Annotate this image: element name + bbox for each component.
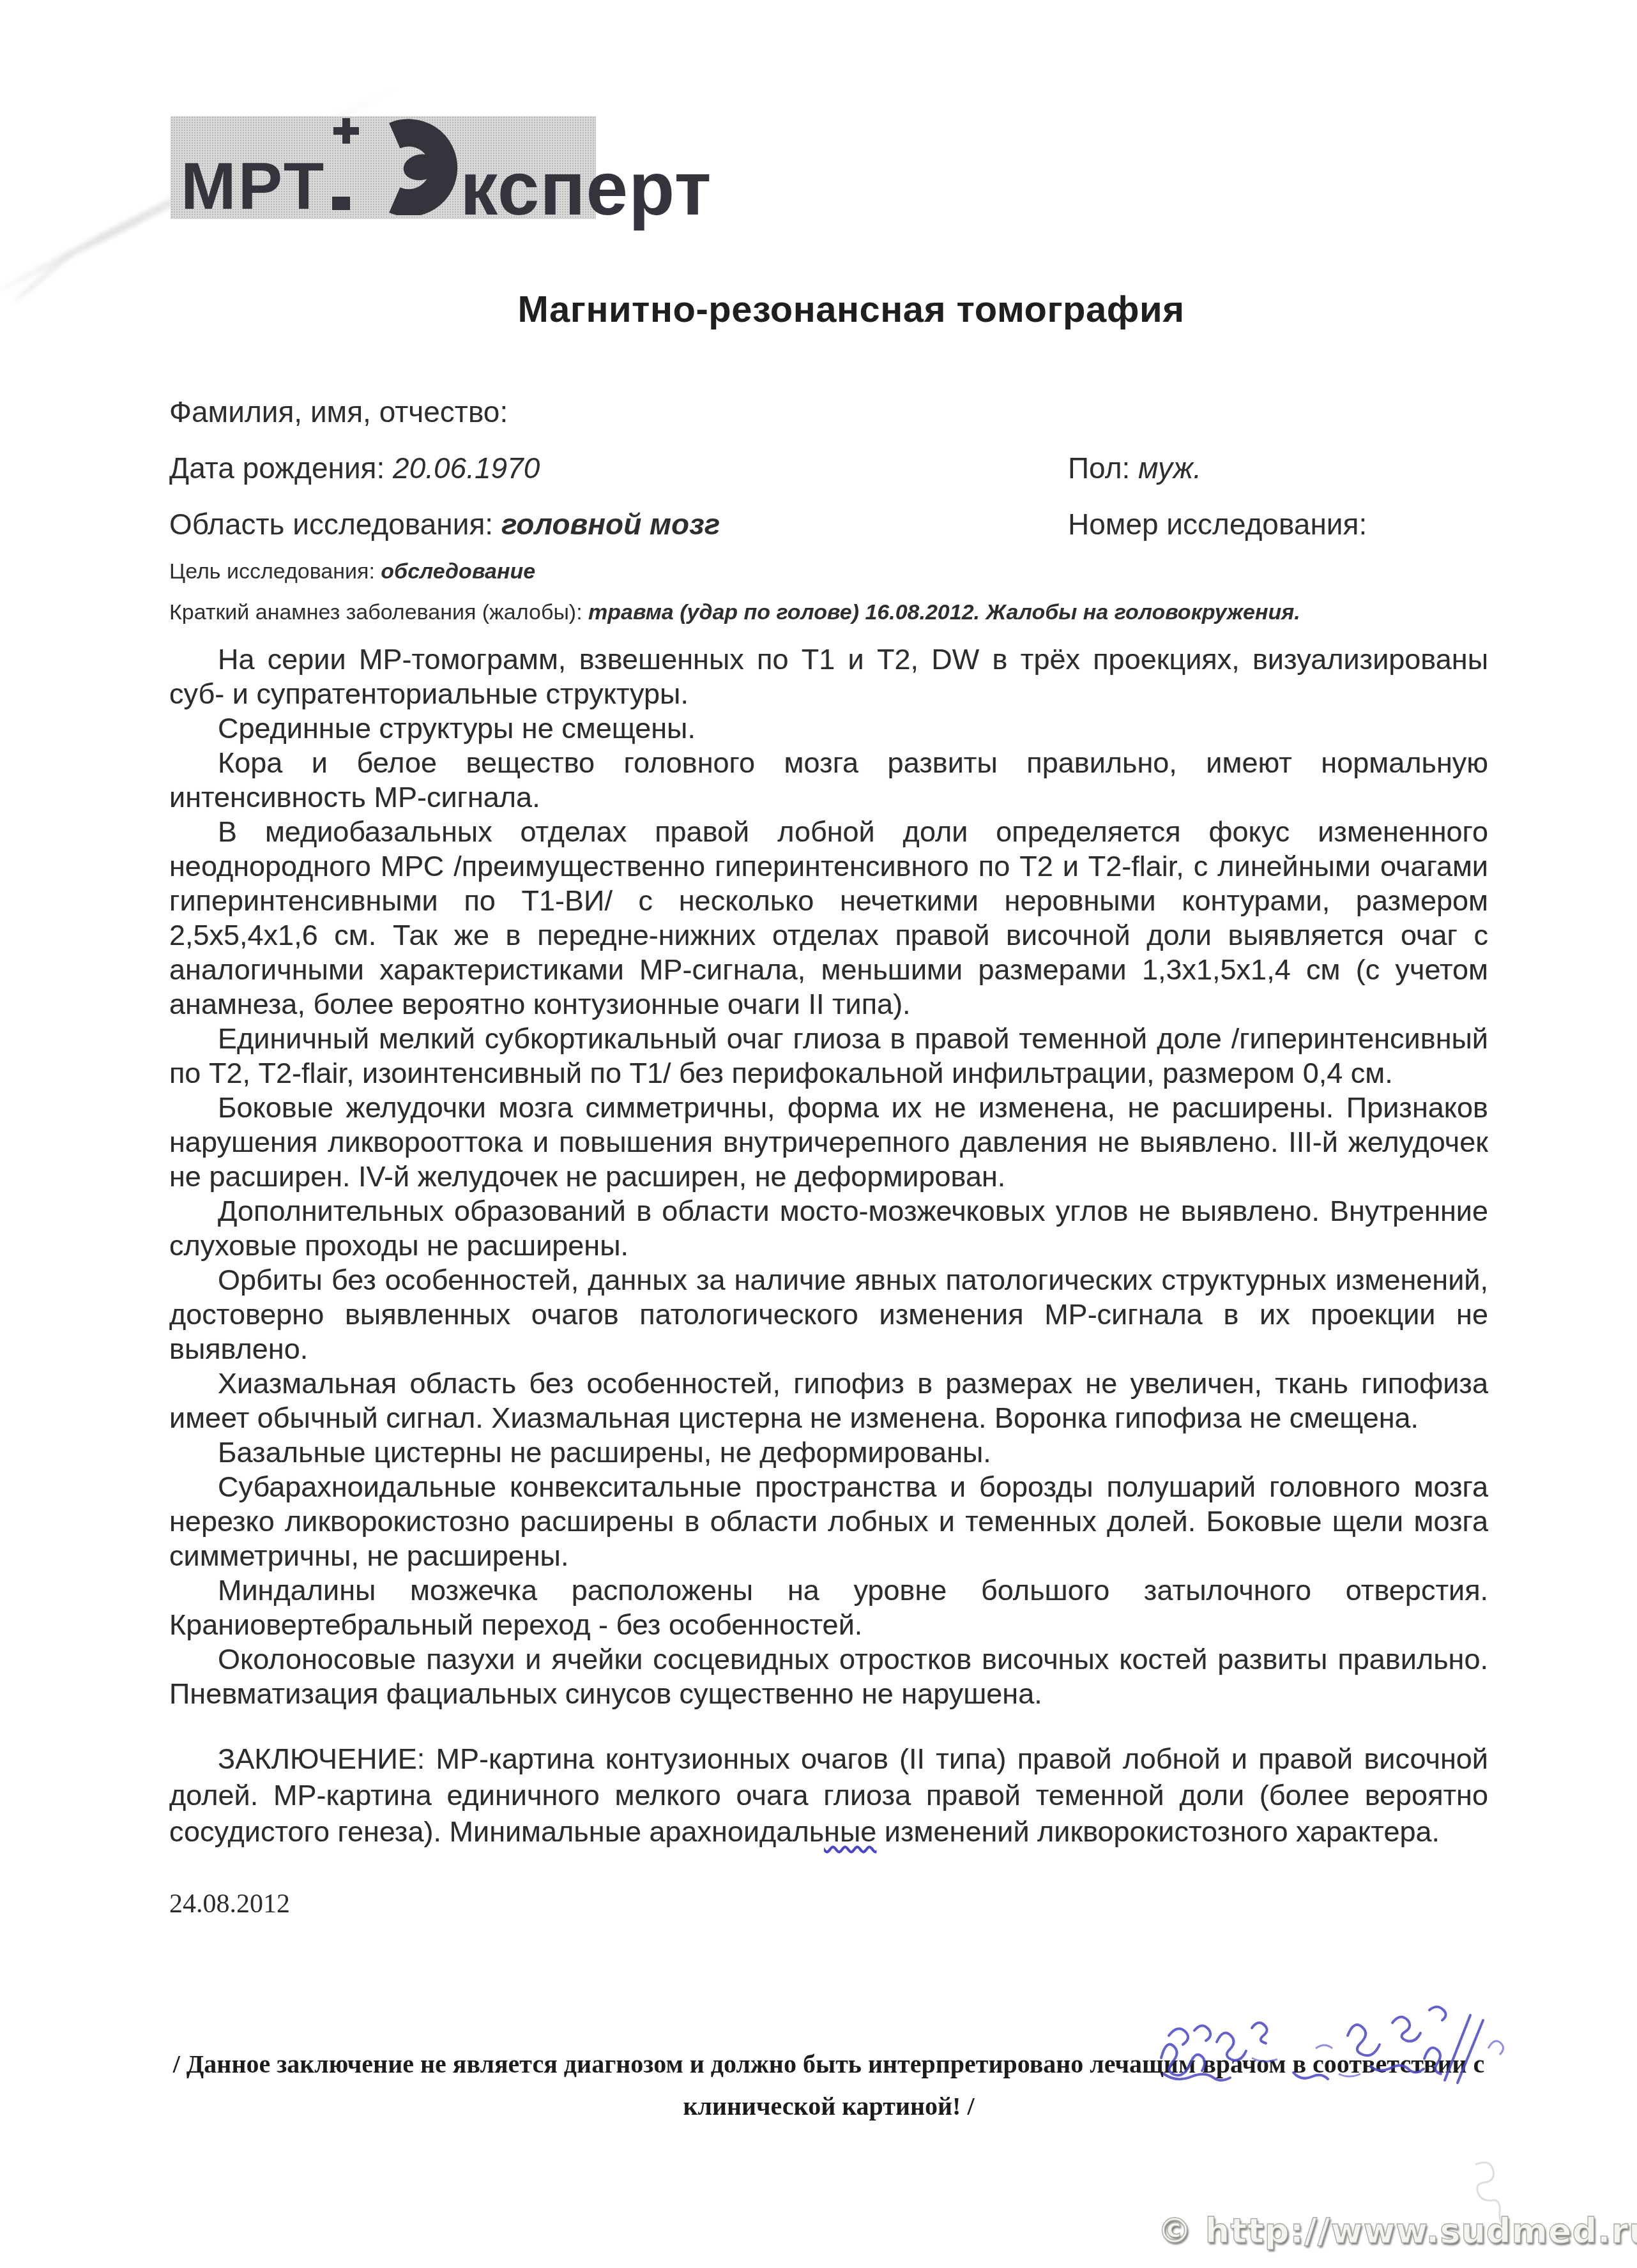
field-row-birth-sex: Дата рождения: 20.06.1970 Пол: муж. [169, 451, 1488, 485]
report-paragraph: Околоносовые пазухи и ячейки сосцевидных… [169, 1642, 1488, 1711]
purpose-value: обследование [381, 559, 535, 584]
report-paragraph: В медиобазальных отделах правой лобной д… [169, 815, 1488, 1022]
study-number-field: Номер исследования: [1068, 507, 1367, 541]
scanned-mri-report-page: МРТ ксперт Магнитно-резонансная томограф… [0, 0, 1637, 2268]
area-label: Область исследования: [169, 508, 493, 541]
report-paragraph: Кора и белое вещество головного мозга ра… [169, 746, 1488, 815]
report-body: На серии МР-томограмм, взвешенных по Т1 … [169, 642, 1488, 1850]
report-paragraph: Хиазмальная область без особенностей, ги… [169, 1366, 1488, 1435]
conclusion-underlined-fragment: ные [824, 1815, 876, 1848]
sex-value: муж. [1138, 451, 1201, 485]
study-number-label: Номер исследования: [1068, 508, 1367, 541]
sex-field: Пол: муж. [1068, 451, 1201, 485]
sudmed-watermark: © http://www.sudmed.ru [1157, 2211, 1637, 2251]
birth-label: Дата рождения: [169, 451, 385, 485]
report-date: 24.08.2012 [169, 1888, 1488, 1920]
report-paragraph: Единичный мелкий субкортикальный очаг гл… [169, 1022, 1488, 1091]
field-row-purpose: Цель исследования: обследование [169, 558, 1488, 585]
report-paragraph: Базальные цистерны не расширены, не дефо… [169, 1435, 1488, 1470]
name-label: Фамилия, имя, отчество: [169, 395, 508, 428]
report-paragraph: Орбиты без особенностей, данных за налич… [169, 1263, 1488, 1366]
birth-value: 20.06.1970 [393, 451, 540, 485]
disclaimer-text: / Данное заключение не является диагнозо… [169, 2043, 1488, 2128]
conclusion-paragraph: ЗАКЛЮЧЕНИЕ: МР-картина контузионных очаг… [169, 1741, 1488, 1850]
field-row-anamnesis: Краткий анамнез заболевания (жалобы): тр… [169, 599, 1488, 626]
field-row-area-number: Область исследования: головной мозг Номе… [169, 507, 1488, 541]
report-content: Магнитно-резонансная томография Фамилия,… [169, 0, 1488, 1920]
area-value: головной мозг [501, 508, 720, 541]
purpose-label: Цель исследования: [169, 559, 375, 584]
report-paragraph: Боковые желудочки мозга симметричны, фор… [169, 1091, 1488, 1194]
conclusion-text-tail: изменений ликворокистозного характера. [876, 1815, 1440, 1848]
field-row-name: Фамилия, имя, отчество: [169, 395, 1488, 429]
anamnesis-label: Краткий анамнез заболевания (жалобы): [169, 600, 582, 624]
report-paragraph: На серии МР-томограмм, взвешенных по Т1 … [169, 642, 1488, 711]
page-title: Магнитно-резонансная томография [169, 289, 1488, 331]
sex-label: Пол: [1068, 451, 1130, 485]
report-paragraph: Субарахноидальные конвекситальные простр… [169, 1470, 1488, 1573]
report-paragraph: Миндалины мозжечка расположены на уровне… [169, 1573, 1488, 1642]
report-paragraph: Срединные структуры не смещены. [169, 711, 1488, 746]
anamnesis-value: травма (удар по голове) 16.08.2012. Жало… [588, 600, 1300, 624]
report-paragraph: Дополнительных образований в области мос… [169, 1194, 1488, 1263]
